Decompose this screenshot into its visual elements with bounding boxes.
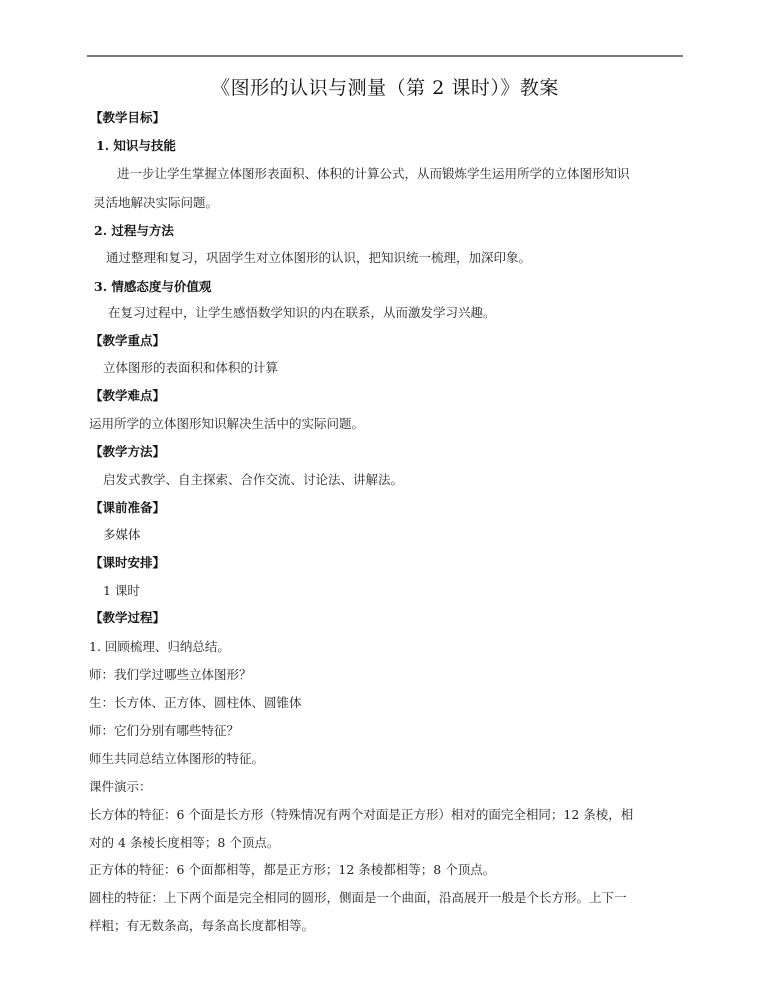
process-line: 1. 回顾梳理、归纳总结。 — [89, 638, 230, 656]
process-line: 对的 4 条棱长度相等；8 个顶点。 — [89, 834, 279, 852]
teaching-process-heading: 【教学过程】 — [90, 609, 165, 627]
preparation-text: 多媒体 — [103, 526, 141, 544]
schedule-heading: 【课时安排】 — [90, 554, 165, 572]
emotion-values-label: 3. 情感态度与价值观 — [94, 278, 211, 296]
process-line: 长方体的特征：6 个面是长方形（特殊情况有两个对面是正方形）相对的面完全相同；1… — [89, 806, 633, 824]
key-points-heading: 【教学重点】 — [90, 332, 165, 350]
process-line: 课件演示： — [89, 778, 152, 796]
schedule-text: 1 课时 — [103, 582, 140, 600]
process-line: 正方体的特征：6 个面都相等，都是正方形；12 条棱都相等；8 个顶点。 — [89, 861, 495, 879]
difficulties-text: 运用所学的立体图形知识解决生活中的实际问题。 — [89, 415, 364, 433]
header-rule — [87, 55, 683, 57]
process-line: 生：长方体、正方体、圆柱体、圆锥体 — [89, 694, 302, 712]
methods-text: 启发式教学、自主探索、合作交流、讨论法、讲解法。 — [103, 471, 403, 489]
key-points-text: 立体图形的表面积和体积的计算 — [103, 359, 278, 377]
objectives-heading: 【教学目标】 — [90, 109, 165, 127]
process-line: 师生共同总结立体图形的特征。 — [89, 750, 264, 768]
process-line: 师：我们学过哪些立体图形？ — [89, 666, 252, 684]
process-line: 师：它们分别有哪些特征？ — [89, 722, 239, 740]
knowledge-skills-label: 1. 知识与技能 — [96, 137, 176, 155]
process-line: 样粗；有无数条高，每条高长度都相等。 — [89, 917, 314, 935]
emotion-values-text: 在复习过程中，让学生感悟数学知识的内在联系，从而激发学习兴趣。 — [108, 304, 496, 322]
preparation-heading: 【课前准备】 — [90, 499, 165, 517]
methods-heading: 【教学方法】 — [90, 443, 165, 461]
process-method-label: 2. 过程与方法 — [94, 222, 174, 240]
knowledge-skills-text-line1: 进一步让学生掌握立体图形表面积、体积的计算公式，从而锻炼学生运用所学的立体图形知… — [117, 165, 630, 183]
difficulties-heading: 【教学难点】 — [90, 387, 165, 405]
document-title: 《图形的认识与测量（第 2 课时）》教案 — [0, 76, 770, 100]
process-method-text: 通过整理和复习，巩固学生对立体图形的认识，把知识统一梳理，加深印象。 — [106, 249, 531, 267]
knowledge-skills-text-line2: 灵活地解决实际问题。 — [93, 194, 218, 212]
process-line: 圆柱的特征：上下两个面是完全相同的圆形，侧面是一个曲面，沿高展开一般是个长方形。… — [89, 889, 627, 907]
